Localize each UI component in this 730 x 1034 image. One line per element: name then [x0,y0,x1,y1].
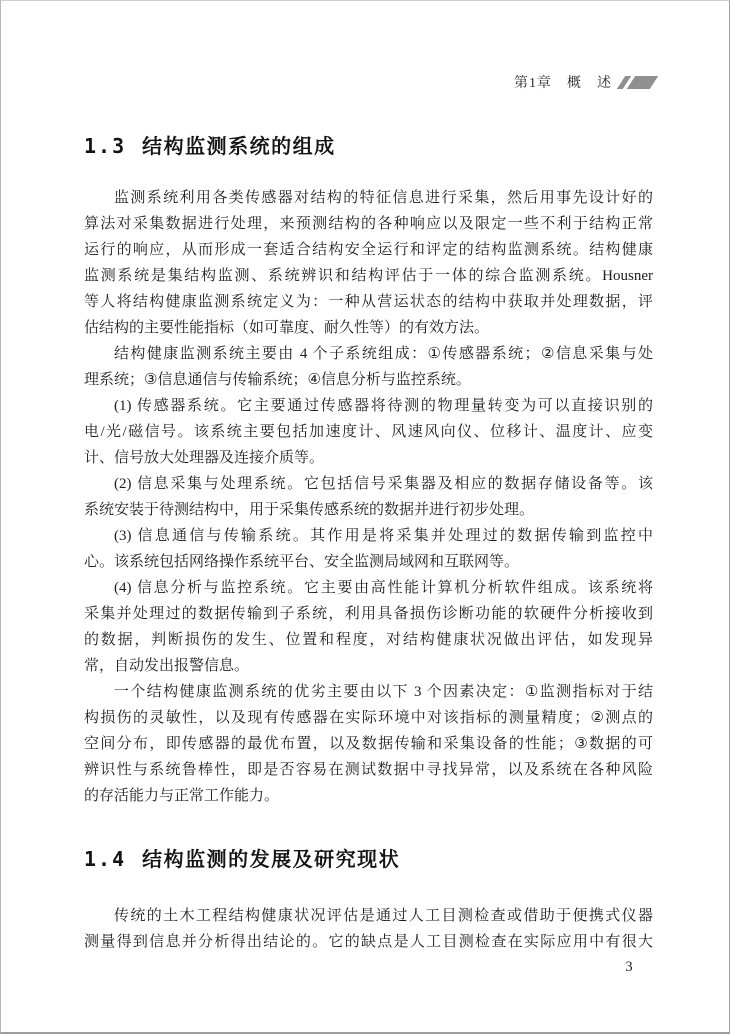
text-line: 理系统；③信息通信与传输系统；④信息分析与监控系统。 [84,367,653,393]
slash-large-icon [627,76,658,89]
section-number: 1.4 [84,847,126,871]
paragraph: (4) 信息分析与监控系统。它主要由高性能计算机分析软件组成。该系统将 采集并处… [84,575,653,679]
text-line: 的数据，判断损伤的发生、位置和程度，对结构健康状况做出评估，如发现异 [84,627,653,653]
text-line: 传统的土木工程结构健康状况评估是通过人工目测检查或借助于便携式仪器 [84,903,653,929]
paragraph: 监测系统利用各类传感器对结构的特征信息进行采集，然后用事先设计好的 算法对采集数… [84,185,653,341]
text-line: 估结构的主要性能指标（如可靠度、耐久性等）的有效方法。 [84,315,653,341]
text-line: 测量得到信息并分析得出结论的。它的缺点是人工目测检查在实际应用中有很大 [84,929,653,955]
text-line: 常，自动发出报警信息。 [84,653,653,679]
section-title: 结构监测系统的组成 [142,136,336,158]
paragraph: 一个结构健康监测系统的优劣主要由以下 3 个因素决定：①监测指标对于结 构损伤的… [84,679,653,809]
text-line: (3) 信息通信与传输系统。其作用是将采集并处理过的数据传输到监控中 [84,523,653,549]
text-line: 心。该系统包括网络操作系统平台、安全监测局域网和互联网等。 [84,549,653,575]
text-line: 结构健康监测系统主要由 4 个子系统组成：①传感器系统；②信息采集与处 [84,341,653,367]
text-line: (4) 信息分析与监控系统。它主要由高性能计算机分析软件组成。该系统将 [84,575,653,601]
text-line: (1) 传感器系统。它主要通过传感器将待测的物理量转变为可以直接识别的 [84,393,653,419]
section-title: 结构监测的发展及研究现状 [142,849,400,871]
section-number: 1.3 [84,134,126,158]
text-line: 系统安装于待测结构中，用于采集传感系统的数据并进行初步处理。 [84,497,653,523]
text-line: 采集并处理过的数据传输到子系统，利用具备损伤诊断功能的软硬件分析接收到 [84,601,653,627]
section-1-3-body: 监测系统利用各类传感器对结构的特征信息进行采集，然后用事先设计好的 算法对采集数… [84,185,653,809]
running-header: 第1章 概 述 [514,72,654,92]
text-line: 空间分布，即传感器的最优布置，以及数据传输和采集设备的性能；③数据的可 [84,731,653,757]
paragraph: (3) 信息通信与传输系统。其作用是将采集并处理过的数据传输到监控中 心。该系统… [84,523,653,575]
section-heading-1-4: 1.4结构监测的发展及研究现状 [84,843,400,872]
section-1-4-body: 传统的土木工程结构健康状况评估是通过人工目测检查或借助于便携式仪器 测量得到信息… [84,903,653,955]
text-line: 监测系统利用各类传感器对结构的特征信息进行采集，然后用事先设计好的 [84,185,653,211]
chapter-header-text: 第1章 概 述 [514,72,612,92]
book-page: 第1章 概 述 1.3结构监测系统的组成 监测系统利用各类传感器对结构的特征信息… [0,0,730,1034]
text-line: 一个结构健康监测系统的优劣主要由以下 3 个因素决定：①监测指标对于结 [84,679,653,705]
text-line: 算法对采集数据进行处理，来预测结构的各种响应以及限定一些不利于结构正常 [84,211,653,237]
section-heading-1-3: 1.3结构监测系统的组成 [84,130,336,159]
paragraph: 结构健康监测系统主要由 4 个子系统组成：①传感器系统；②信息采集与处 理系统；… [84,341,653,393]
text-line: 等人将结构健康监测系统定义为：一种从营运状态的结构中获取并处理数据，评 [84,289,653,315]
text-line: 电/光/磁信号。该系统主要包括加速度计、风速风向仪、位移计、温度计、应变 [84,419,653,445]
text-line: 计、信号放大处理器及连接介质等。 [84,445,653,471]
text-line: (2) 信息采集与处理系统。它包括信号采集器及相应的数据存储设备等。该 [84,471,653,497]
text-line: 监测系统是集结构监测、系统辨识和结构评估于一体的综合监测系统。Housner [84,263,653,289]
text-line: 运行的响应，从而形成一套适合结构安全运行和评定的结构监测系统。结构健康 [84,237,653,263]
header-slash-icon [621,76,654,89]
text-line: 辨识性与系统鲁棒性，即是否容易在测试数据中寻找异常，以及系统在各种风险 [84,757,653,783]
page-number: 3 [616,959,642,976]
paragraph: (2) 信息采集与处理系统。它包括信号采集器及相应的数据存储设备等。该 系统安装… [84,471,653,523]
text-line: 构损伤的灵敏性，以及现有传感器在实际环境中对该指标的测量精度；②测点的 [84,705,653,731]
paragraph: 传统的土木工程结构健康状况评估是通过人工目测检查或借助于便携式仪器 测量得到信息… [84,903,653,955]
text-line: 的存活能力与正常工作能力。 [84,783,653,809]
paragraph: (1) 传感器系统。它主要通过传感器将待测的物理量转变为可以直接识别的 电/光/… [84,393,653,471]
